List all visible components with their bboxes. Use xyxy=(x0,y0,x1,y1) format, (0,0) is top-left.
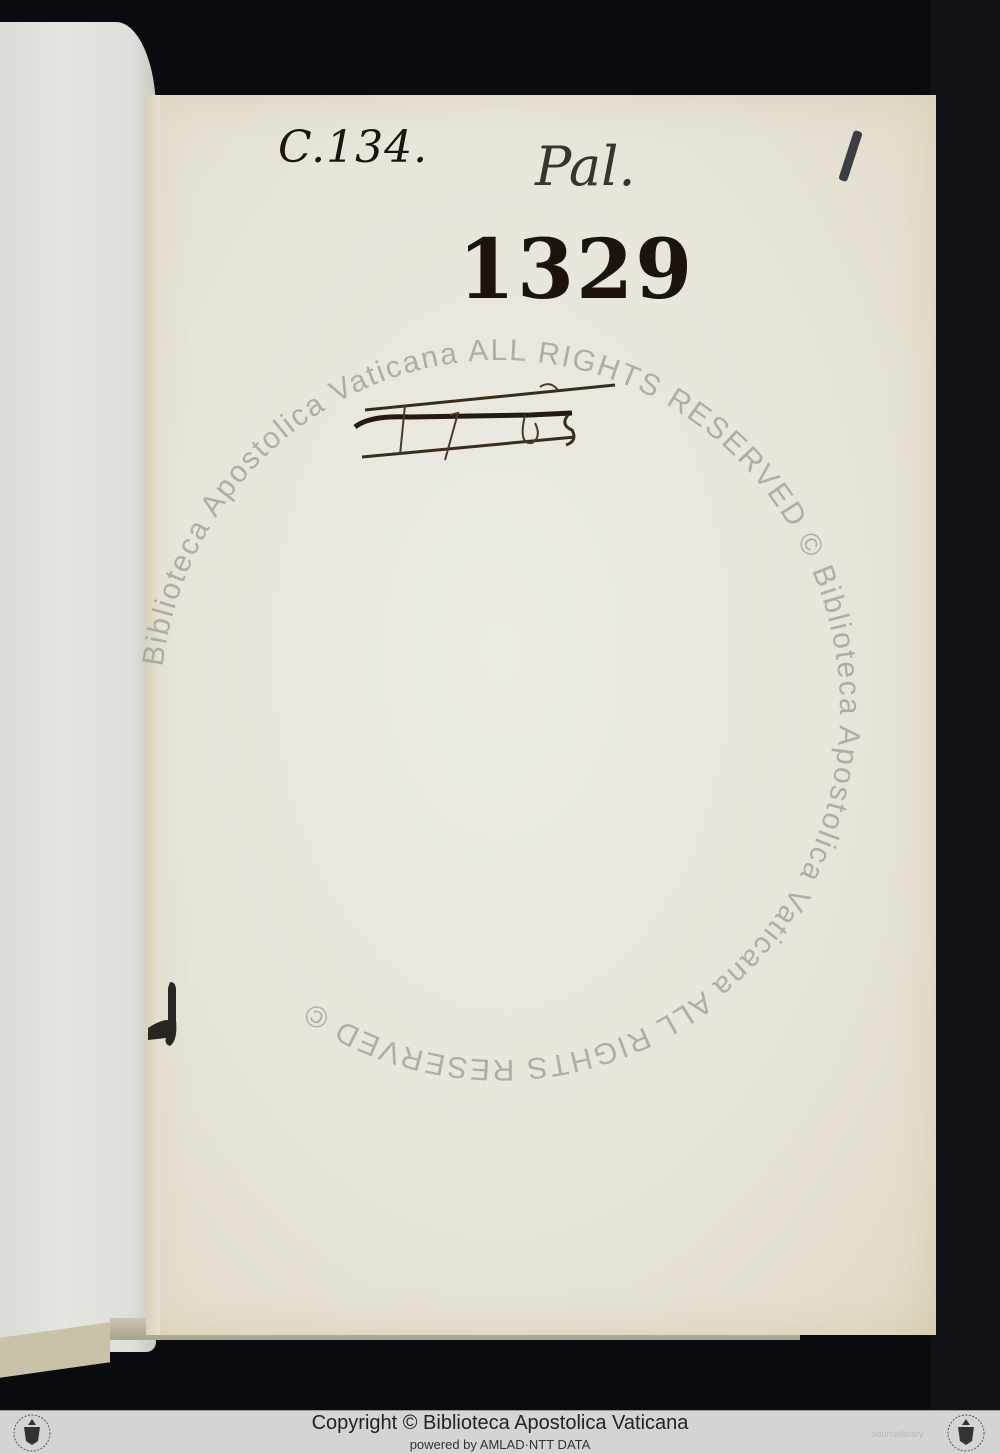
copyright-text: Copyright © Biblioteca Apostolica Vatica… xyxy=(0,1412,1000,1435)
background-cloth xyxy=(930,0,1000,1410)
manuscript-number: 1329 xyxy=(458,222,694,318)
vatican-library-seal-icon xyxy=(946,1413,986,1453)
left-flyleaf xyxy=(0,22,156,1352)
page-damage-hole xyxy=(146,980,182,1060)
manuscript-image-viewer[interactable]: C.134. Pal. 1329 Biblioteca Apostolica V… xyxy=(0,0,1000,1410)
source-watermark: sourcelibrary xyxy=(872,1429,924,1439)
page-gutter xyxy=(146,95,160,1335)
cancelled-number-strikethrough xyxy=(350,375,620,465)
copyright-footer: Copyright © Biblioteca Apostolica Vatica… xyxy=(0,1410,1000,1454)
powered-by-text: powered by AMLAD·NTT DATA xyxy=(0,1437,1000,1452)
collection-abbreviation: Pal. xyxy=(535,135,636,198)
old-shelfmark: C.134. xyxy=(278,122,428,173)
